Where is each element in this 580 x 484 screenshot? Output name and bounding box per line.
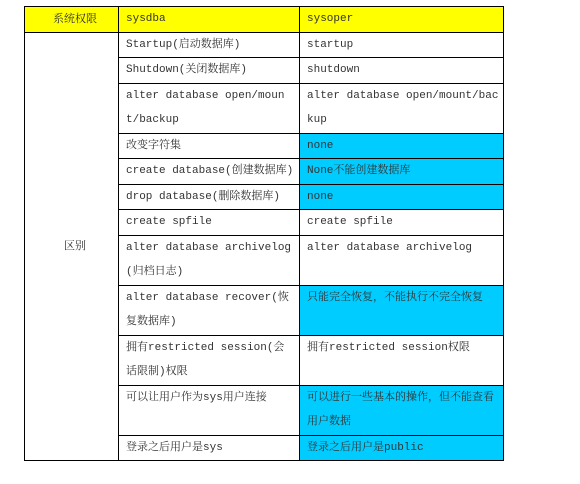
header-sysdba: sysdba	[119, 7, 300, 33]
sysoper-cell: 可以进行一些基本的操作，但不能查看用户数据	[300, 385, 504, 435]
privilege-comparison-table: 系统权限 sysdba sysoper 区别Startup(启动数据库)star…	[24, 6, 504, 461]
sysoper-cell: 只能完全恢复，不能执行不完全恢复	[300, 285, 504, 335]
sysdba-cell: drop database(删除数据库)	[119, 184, 300, 210]
header-system-privilege: 系统权限	[25, 7, 119, 33]
sysoper-cell: none	[300, 133, 504, 159]
sysoper-cell: shutdown	[300, 58, 504, 84]
group-label: 区别	[25, 32, 119, 461]
table-row: 区别Startup(启动数据库)startup	[25, 32, 504, 58]
header-sysoper: sysoper	[300, 7, 504, 33]
sysdba-cell: 改变字符集	[119, 133, 300, 159]
sysdba-cell: Startup(启动数据库)	[119, 32, 300, 58]
sysoper-cell: alter database open/mount/backup	[300, 83, 504, 133]
sysdba-cell: create spfile	[119, 210, 300, 236]
sysdba-cell: alter database open/mount/backup	[119, 83, 300, 133]
sysoper-cell: None不能创建数据库	[300, 159, 504, 185]
sysdba-cell: 登录之后用户是sys	[119, 435, 300, 461]
sysoper-cell: none	[300, 184, 504, 210]
sysdba-cell: create database(创建数据库)	[119, 159, 300, 185]
sysoper-cell: create spfile	[300, 210, 504, 236]
sysoper-cell: alter database archivelog	[300, 235, 504, 285]
header-row: 系统权限 sysdba sysoper	[25, 7, 504, 33]
sysoper-cell: startup	[300, 32, 504, 58]
sysdba-cell: 可以让用户作为sys用户连接	[119, 385, 300, 435]
sysdba-cell: alter database archivelog(归档日志)	[119, 235, 300, 285]
sysdba-cell: 拥有restricted session(会话限制)权限	[119, 335, 300, 385]
sysdba-cell: alter database recover(恢复数据库)	[119, 285, 300, 335]
sysoper-cell: 登录之后用户是public	[300, 435, 504, 461]
sysdba-cell: Shutdown(关闭数据库)	[119, 58, 300, 84]
sysoper-cell: 拥有restricted session权限	[300, 335, 504, 385]
